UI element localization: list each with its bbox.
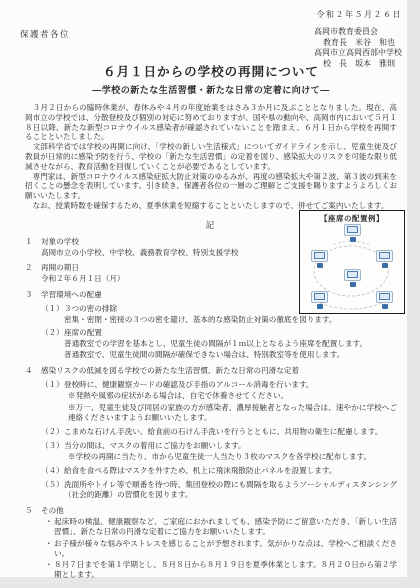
- document-page: 令和２年５月２６日 保護者各位 高岡市教育委員会 教育長 米谷 和也 高岡市立高…: [0, 0, 420, 588]
- item-number: （５）: [41, 480, 64, 500]
- bullet-item: ・ ８月７日までを第１学期とし、８月８日から８月１９日を夏季休業とします。８月２…: [41, 560, 397, 580]
- section-heading: その他: [41, 506, 397, 516]
- sub-item: （２） こまめな石けん手洗い、給食前の石けん手洗いを行うとともに、共用物の衛生に…: [41, 427, 397, 437]
- note-text: ※学校の再開に当たり、市から児童生徒一人当たり３枚のマスクを各学校に配布します。: [64, 452, 397, 462]
- intro-paragraph: 専門家は、新型コロナウイルス感染症拡大防止対策のゆるみが、再度の感染拡大や第２波…: [25, 172, 397, 201]
- bullet-item: ・ 起床時の検温、健康観察など、ご家庭におかれましても、感染予防にご留意いただき…: [41, 517, 397, 537]
- sub-item: （２） 座席の配置 普通教室での学習を基本とし、児童生徒の間隔が１ｍ以上となるよ…: [41, 328, 397, 359]
- section-number: ５: [25, 506, 41, 581]
- item-text: 普通教室で、児童生徒間の間隔が確保できない場合は、特別教室等を使用します。: [64, 350, 397, 360]
- item-number: （４）: [41, 466, 64, 476]
- desk-icon: [309, 291, 330, 309]
- sub-item: （５） 洗面所やトイレ等で順番を待つ時、集団登校の際にも間隔を取るようソーシャル…: [41, 480, 397, 500]
- note-text: ※万一、児童生徒及び同居の家族の方が感染者、濃厚接触者となった場合は、速やかに学…: [64, 403, 397, 423]
- sub-item: （４） 給食を食べる際はマスクを外すため、机上に飛沫飛散防止パネルを設置します。: [41, 466, 397, 476]
- sub-item: （３） 当分の間は、マスクの着用にご協力をお願いします。 ※学校の再開に当たり、…: [41, 441, 397, 463]
- desk-icon: [374, 291, 395, 309]
- item-text: 給食を食べる際はマスクを外すため、机上に飛沫飛散防止パネルを設置します。: [64, 466, 397, 476]
- section-5: ５ その他 ・ 起床時の検温、健康観察など、ご家庭におかれましても、感染予防にご…: [25, 506, 397, 581]
- bullet-mark: ・: [45, 517, 54, 537]
- note-text: ※発熱や風邪の症状がある場合は、自宅で休養させてください。: [64, 391, 397, 401]
- bullet-mark: ・: [45, 539, 54, 559]
- desk-icon: [342, 224, 363, 242]
- document-title: ６月１日からの学校の再開について: [25, 0, 397, 80]
- sub-item: （１） 登校時に、健康観察カードの確認及び手指のアルコール消毒を行います。 ※発…: [41, 380, 397, 423]
- item-number: （１）: [41, 380, 64, 423]
- bullet-text: お子様が様々な悩みやストレスを感じることが予想されます。気がかりな点は、学校へご…: [54, 539, 397, 559]
- intro-paragraphs: ３月２日からの臨時休業が、春休みや４月の年度始業をはさみ３か月に及ぶこととなりま…: [25, 103, 397, 211]
- item-text: 当分の間は、マスクの着用にご協力をお願いします。: [64, 441, 397, 451]
- item-heading: 座席の配置: [64, 328, 397, 338]
- item-number: （２）: [41, 427, 64, 437]
- item-text: 普通教室での学習を基本とし、児童生徒の間隔が１ｍ以上となるよう座席を配置します。: [64, 339, 397, 349]
- section-4: ４ 感染リスクの低減を図る学校での新たな生活習慣、新たな日常の円滑な定着 （１）…: [25, 366, 397, 500]
- item-number: （２）: [41, 328, 64, 359]
- desk-icon: [374, 250, 395, 268]
- item-text: こまめな石けん手洗い、給食前の石けん手洗いを行うとともに、共用物の衛生に配慮しま…: [64, 427, 397, 437]
- item-text: 登校時に、健康観察カードの確認及び手指のアルコール消毒を行います。: [64, 380, 397, 390]
- document-subtitle: ―学校の新たな生活習慣・新たな日常の定着に向けて―: [25, 83, 397, 96]
- desk-icon: [309, 250, 330, 268]
- section-heading: 感染リスクの低減を図る学校での新たな生活習慣、新たな日常の円滑な定着: [41, 366, 397, 376]
- section-number: ２: [25, 263, 41, 284]
- desk-icon: [342, 269, 363, 287]
- item-text: 密集・密閉・密接の３つの密を避け、基本的な感染防止対策の徹底を図ります。: [64, 315, 397, 325]
- bullet-text: 起床時の検温、健康観察など、ご家庭におかれましても、感染予防にご留意いただき、「…: [54, 517, 397, 537]
- bullet-text: ８月７日までを第１学期とし、８月８日から８月１９日を夏季休業とします。８月２０日…: [54, 560, 397, 580]
- section-number: ３: [25, 290, 41, 360]
- item-number: （３）: [41, 441, 64, 463]
- scan-edge-right: [407, 0, 420, 588]
- item-number: （１）: [41, 304, 64, 325]
- item-text: 洗面所やトイレ等で順番を待つ時、集団登校の際にも間隔を取るようソーシャルディスタ…: [64, 480, 397, 500]
- bullet-item: ・ お子様が様々な悩みやストレスを感じることが予想されます。気がかりな点は、学校…: [41, 539, 397, 559]
- seating-diagram: 【座席の配置例】: [299, 210, 405, 314]
- section-number: ４: [25, 366, 41, 500]
- section-number: １: [25, 237, 41, 258]
- intro-paragraph: ３月２日からの臨時休業が、春休みや４月の年度始業をはさみ３か月に及ぶこととなりま…: [25, 103, 397, 142]
- intro-paragraph: 文部科学省では学校の再開に向け、「学校の新しい生活様式」についてガイドラインを示…: [25, 142, 397, 171]
- bullet-mark: ・: [45, 560, 54, 580]
